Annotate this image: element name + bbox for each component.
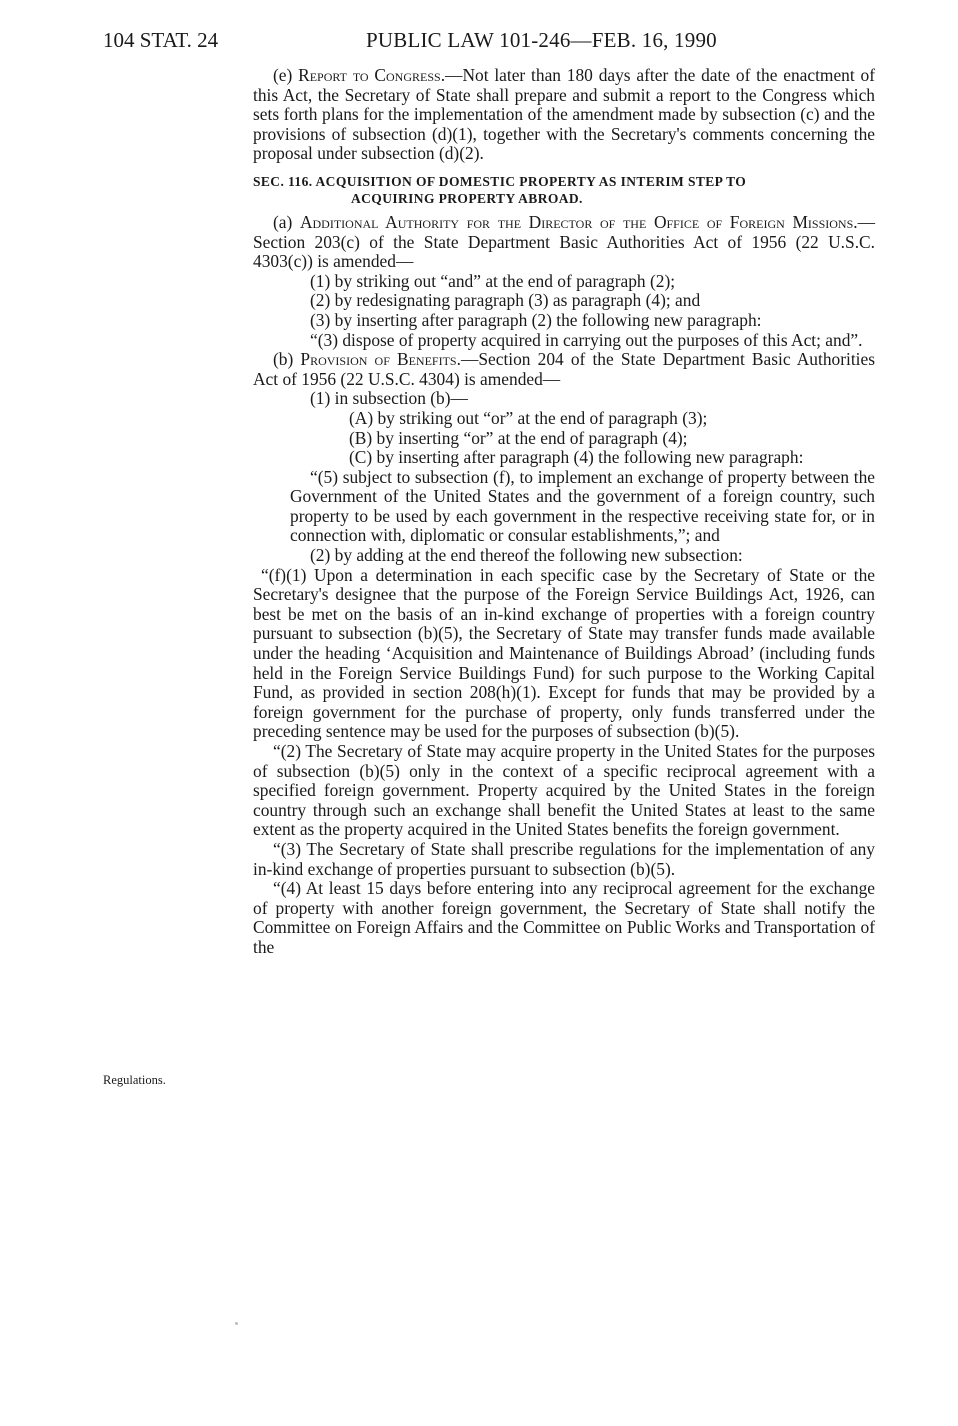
subsection-e-heading: Report to Congress. <box>298 65 445 85</box>
section-title-line2: ACQUIRING PROPERTY ABROAD. <box>253 190 875 207</box>
subparagraph-b1C: (C) by inserting after paragraph (4) the… <box>253 448 875 468</box>
paragraph-b1: (1) in subsection (b)— <box>253 389 875 409</box>
section-title-line1: SEC. 116. ACQUISITION OF DOMESTIC PROPER… <box>253 174 746 189</box>
subparagraph-b1A: (A) by striking out “or” at the end of p… <box>253 409 875 429</box>
subsection-a-prefix: (a) <box>273 212 300 232</box>
subsection-b: (b) Provision of Benefits.—Section 204 o… <box>253 350 875 389</box>
new-subsection-f4: “(4) At least 15 days before entering in… <box>253 879 875 957</box>
section-116-heading: SEC. 116. ACQUISITION OF DOMESTIC PROPER… <box>253 173 875 207</box>
subparagraph-b1C-quote: “(5) subject to subsection (f), to imple… <box>253 468 875 546</box>
margin-note-regulations: Regulations. <box>103 1073 166 1088</box>
subsection-e: (e) Report to Congress.—Not later than 1… <box>253 66 875 164</box>
body-text-column: (e) Report to Congress.—Not later than 1… <box>253 66 875 958</box>
paragraph-a3-quote: “(3) dispose of property acquired in car… <box>253 331 875 351</box>
new-subsection-f3: “(3) The Secretary of State shall prescr… <box>253 840 875 879</box>
subsection-b-prefix: (b) <box>273 349 300 369</box>
paragraph-a3: (3) by inserting after paragraph (2) the… <box>253 311 875 331</box>
subsection-b-heading: Provision of Benefits. <box>300 349 461 369</box>
subsection-a-heading: Additional Authority for the Director of… <box>300 212 858 232</box>
paragraph-a2: (2) by redesignating paragraph (3) as pa… <box>253 291 875 311</box>
new-subsection-f1: “(f)(1) Upon a determination in each spe… <box>253 566 875 742</box>
page-title: PUBLIC LAW 101-246—FEB. 16, 1990 <box>366 28 717 53</box>
scan-speck <box>235 1322 238 1325</box>
subparagraph-b1B: (B) by inserting “or” at the end of para… <box>253 429 875 449</box>
new-subsection-f2: “(2) The Secretary of State may acquire … <box>253 742 875 840</box>
statute-page-ref: 104 STAT. 24 <box>103 28 218 53</box>
paragraph-b2: (2) by adding at the end thereof the fol… <box>253 546 875 566</box>
paragraph-a1: (1) by striking out “and” at the end of … <box>253 272 875 292</box>
subsection-a: (a) Additional Authority for the Directo… <box>253 213 875 272</box>
